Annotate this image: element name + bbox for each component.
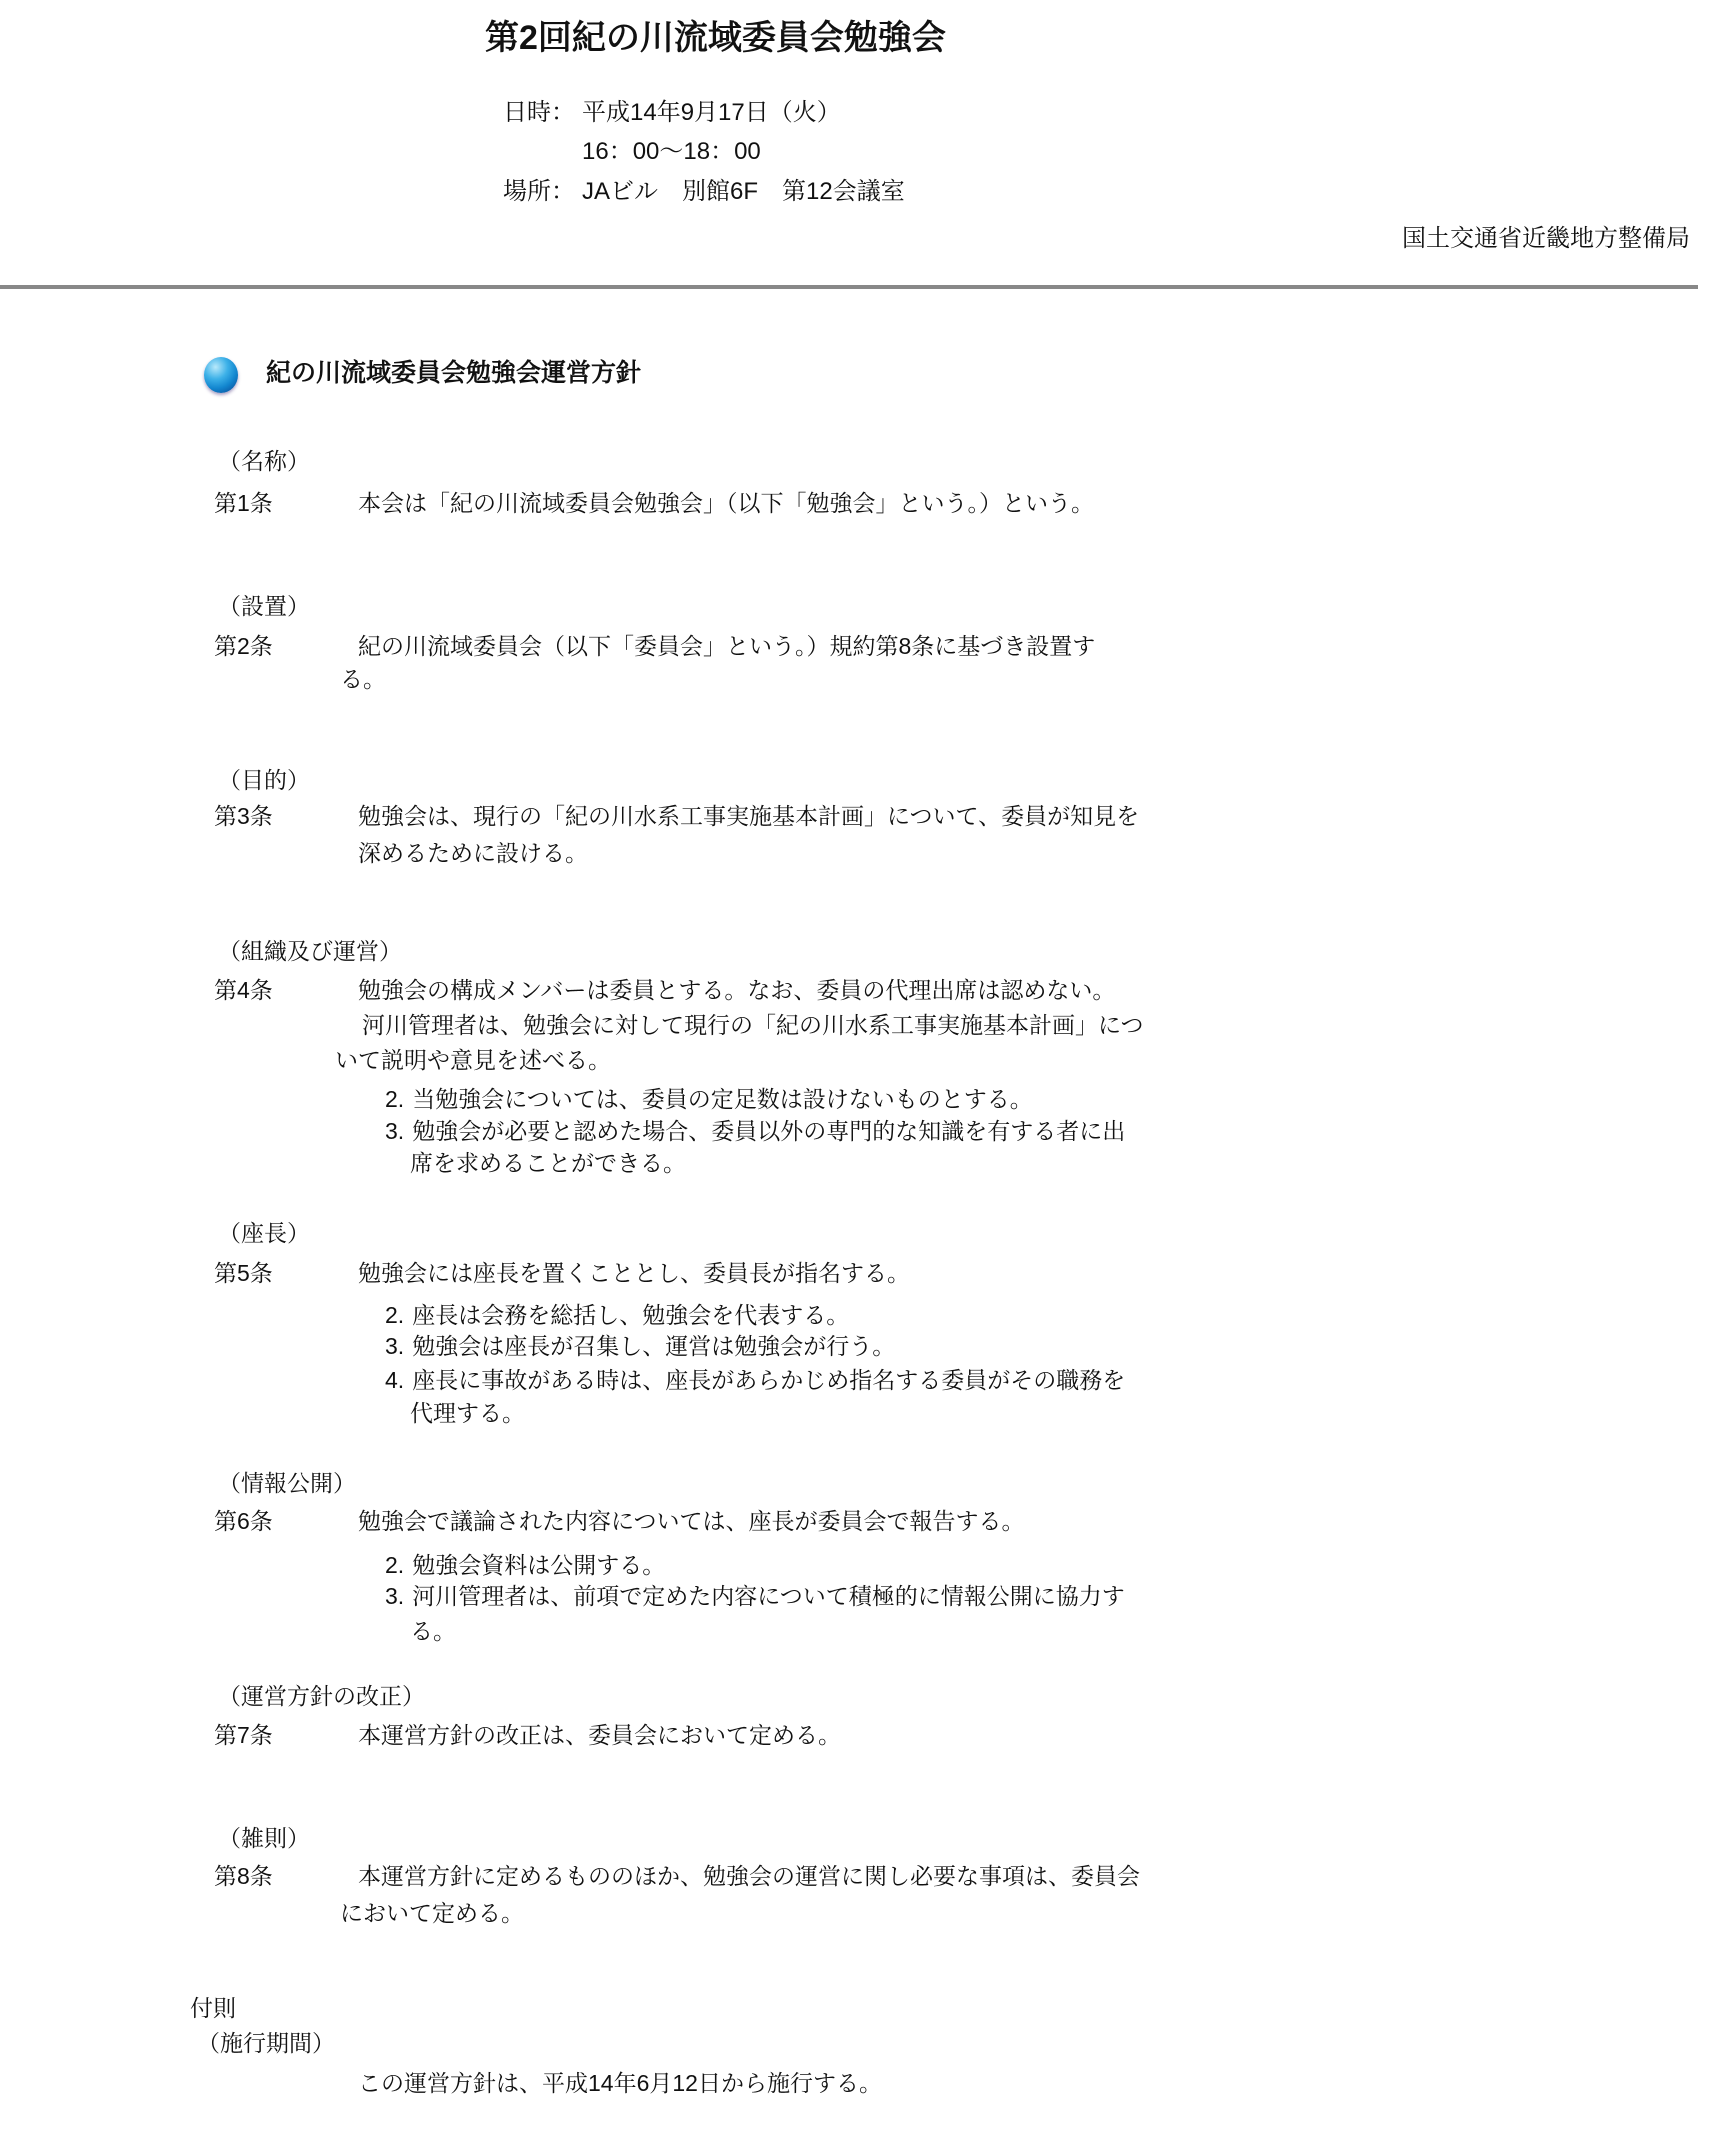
subitem-number: 3. <box>385 1118 404 1145</box>
subitem-number: 3. <box>385 1583 404 1610</box>
subitem-text: 勉強会が必要と認めた場合、委員以外の専門的な知識を有する者に出 <box>412 1118 1125 1144</box>
subitem-number: 4. <box>385 1367 404 1394</box>
article-header: （名称） <box>218 448 310 475</box>
article-number: 第6条 <box>214 1508 273 1535</box>
subitem-number: 2. <box>385 1086 404 1113</box>
article-line: る。 <box>340 666 386 693</box>
subitem-text: 当勉強会については、委員の定足数は設けないものとする。 <box>412 1086 1033 1112</box>
article-number: 第3条 <box>214 803 273 830</box>
article-line: 本運営方針の改正は、委員会において定める。 <box>358 1722 841 1749</box>
subitem-number: 3. <box>385 1333 404 1360</box>
article-line: において定める。 <box>340 1900 524 1927</box>
subitem-text: 勉強会は座長が召集し、運営は勉強会が行う。 <box>412 1333 895 1359</box>
subitem-line: 2.座長は会務を総括し、勉強会を代表する。 <box>385 1302 849 1329</box>
article-line: 勉強会は、現行の「紀の川水系工事実施基本計画」について、委員が知見を <box>358 803 1139 830</box>
article-header: （雑則） <box>218 1825 310 1852</box>
article-header: （情報公開） <box>218 1470 356 1497</box>
article-line: 河川管理者は、勉強会に対して現行の「紀の川水系工事実施基本計画」につ <box>362 1012 1144 1039</box>
subitem-line: 4.座長に事故がある時は、座長があらかじめ指名する委員がその職務を <box>385 1367 1125 1394</box>
subitem-text: 座長に事故がある時は、座長があらかじめ指名する委員がその職務を <box>412 1367 1125 1393</box>
article-number: 第5条 <box>214 1260 273 1287</box>
location-label: 場所： <box>503 178 575 206</box>
article-number: 第4条 <box>214 977 273 1004</box>
subitem-continuation: 席を求めることができる。 <box>410 1150 686 1177</box>
article-line: 本会は「紀の川流域委員会勉強会」（以下「勉強会」という。）という。 <box>358 490 1094 517</box>
subitem-text: 勉強会資料は公開する。 <box>412 1552 665 1578</box>
page-title: 第2回紀の川流域委員会勉強会 <box>485 20 946 57</box>
article-line: 勉強会で議論された内容については、座長が委員会で報告する。 <box>358 1508 1025 1535</box>
subitem-line: 2.勉強会資料は公開する。 <box>385 1552 665 1579</box>
location-value: JAビル 別館6F 第12会議室 <box>582 178 905 206</box>
article-header: （運営方針の改正） <box>218 1683 425 1710</box>
article-number: 第8条 <box>214 1863 273 1890</box>
article-header: （座長） <box>218 1220 310 1247</box>
subitem-line: 2.当勉強会については、委員の定足数は設けないものとする。 <box>385 1086 1033 1113</box>
article-header: （設置） <box>218 593 310 620</box>
subitem-text: 座長は会務を総括し、勉強会を代表する。 <box>412 1302 849 1328</box>
subitem-line: 3.勉強会は座長が召集し、運営は勉強会が行う。 <box>385 1333 895 1360</box>
article-line: 深めるために設ける。 <box>358 840 588 867</box>
meeting-time-range: 16：00〜18：00 <box>582 138 761 166</box>
article-header: （目的） <box>218 767 310 794</box>
appendix-header: （施行期間） <box>197 2030 335 2057</box>
article-number: 第7条 <box>214 1722 273 1749</box>
subitem-line: 3.勉強会が必要と認めた場合、委員以外の専門的な知識を有する者に出 <box>385 1118 1125 1145</box>
appendix-title: 付則 <box>190 1995 236 2022</box>
article-line: 本運営方針に定めるもののほか、勉強会の運営に関し必要な事項は、委員会 <box>358 1863 1140 1890</box>
article-line: いて説明や意見を述べる。 <box>335 1047 611 1074</box>
article-line: 紀の川流域委員会（以下「委員会」という。）規約第8条に基づき設置す <box>358 633 1095 660</box>
blue-ball-bullet-icon <box>204 357 238 393</box>
subitem-number: 2. <box>385 1552 404 1579</box>
datetime-label: 日時： <box>503 99 575 127</box>
section-heading: 紀の川流域委員会勉強会運営方針 <box>266 359 641 388</box>
subitem-continuation: 代理する。 <box>410 1400 525 1427</box>
article-number: 第2条 <box>214 633 273 660</box>
article-header: （組織及び運営） <box>218 938 402 965</box>
article-line: 勉強会の構成メンバーは委員とする。なお、委員の代理出席は認めない。 <box>358 977 1115 1004</box>
organization-name: 国土交通省近畿地方整備局 <box>1402 225 1690 253</box>
document-page: 第2回紀の川流域委員会勉強会 日時： 平成14年9月17日（火） 16：00〜1… <box>0 0 1720 2139</box>
subitem-continuation: る。 <box>410 1618 456 1645</box>
subitem-line: 3.河川管理者は、前項で定めた内容について積極的に情報公開に協力す <box>385 1583 1125 1610</box>
subitem-number: 2. <box>385 1302 404 1329</box>
article-line: 勉強会には座長を置くこととし、委員長が指名する。 <box>358 1260 910 1287</box>
header-divider <box>0 285 1698 289</box>
appendix-line: この運営方針は、平成14年6月12日から施行する。 <box>358 2070 882 2097</box>
datetime-value: 平成14年9月17日（火） <box>582 99 841 127</box>
subitem-text: 河川管理者は、前項で定めた内容について積極的に情報公開に協力す <box>412 1583 1125 1609</box>
article-number: 第1条 <box>214 490 273 517</box>
